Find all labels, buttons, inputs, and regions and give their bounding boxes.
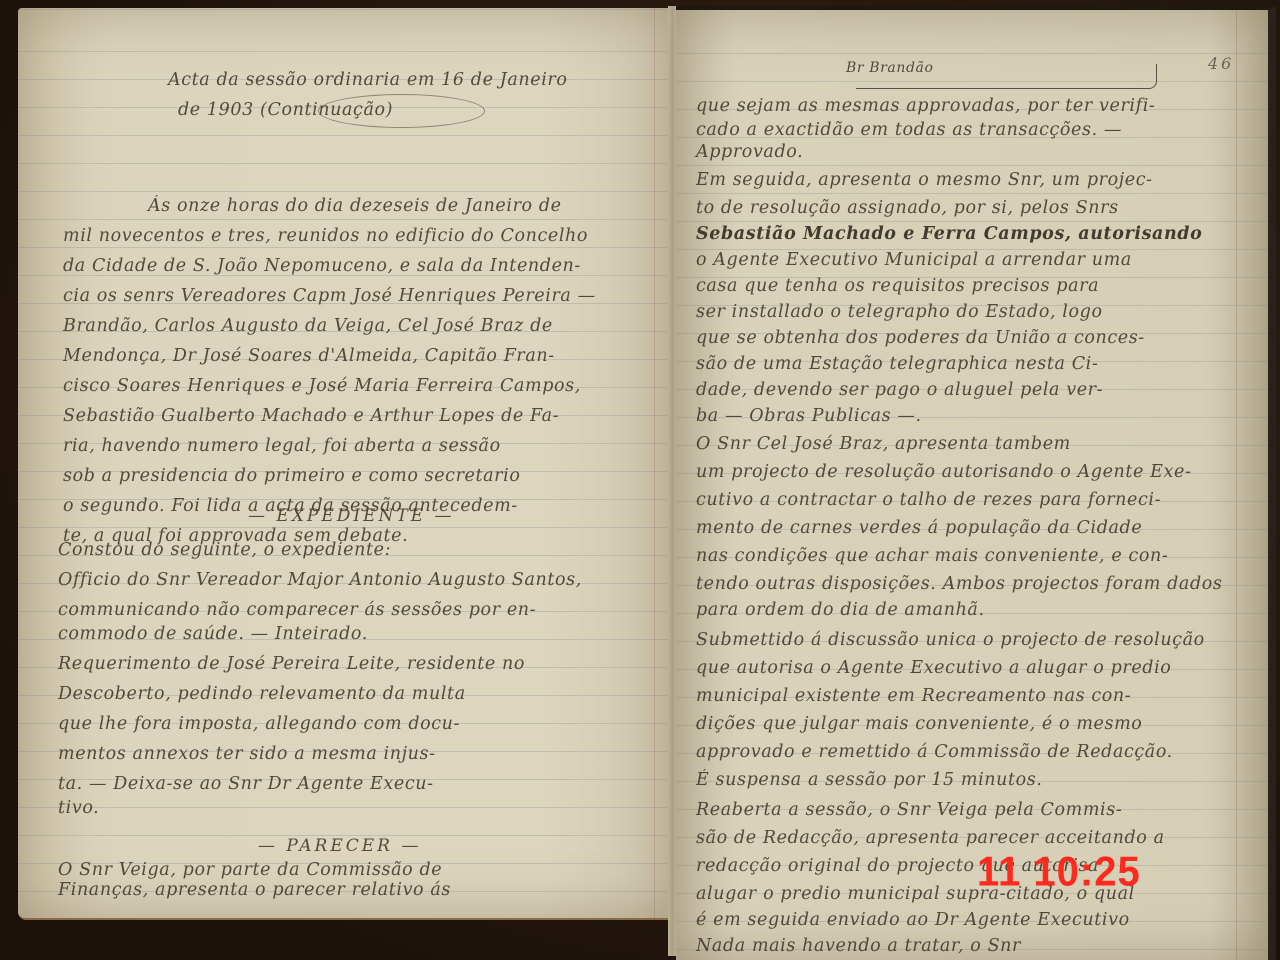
text-line: Nada mais havendo a tratar, o Snr [696, 936, 1021, 956]
text-line: Submettido á discussão unica o projecto … [696, 630, 1205, 650]
text-line: cisco Soares Henriques e José Maria Ferr… [63, 376, 581, 396]
text-line: approvado e remettido á Commissão de Red… [696, 742, 1173, 762]
text-line: Sebastião Gualberto Machado e Arthur Lop… [63, 406, 559, 426]
text-line: ser installado o telegrapho do Estado, l… [696, 302, 1103, 322]
continuation-oval [318, 94, 485, 128]
section-heading-expediente: — EXPEDIENTE — [248, 506, 455, 526]
text-line: communicando não comparecer ás sessões p… [58, 600, 536, 620]
right-margin-line [1236, 10, 1237, 960]
text-line: sob a presidencia do primeiro e como sec… [63, 466, 520, 486]
right-margin-line [654, 8, 655, 918]
text-line: Requerimento de José Pereira Leite, resi… [58, 654, 525, 674]
text-line: Constou do seguinte, o expediente: [58, 540, 391, 560]
left-page: Acta da sessão ordinaria em 16 de Janeir… [18, 8, 672, 920]
text-line: commodo de saúde. — Inteirado. [58, 624, 368, 644]
text-line: é em seguida enviado ao Dr Agente Execut… [696, 910, 1130, 930]
text-line: que sejam as mesmas approvadas, por ter … [696, 96, 1155, 116]
text-line: to de resolução assignado, por si, pelos… [696, 198, 1119, 218]
text-line: cutivo a contractar o talho de rezes par… [696, 490, 1161, 510]
minutes-title-line-1: Acta da sessão ordinaria em 16 de Janeir… [168, 70, 568, 90]
text-line: Finanças, apresenta o parecer relativo á… [58, 880, 451, 900]
text-line: É suspensa a sessão por 15 minutos. [696, 770, 1043, 790]
text-line: da Cidade de S. João Nepomuceno, e sala … [63, 256, 581, 276]
text-line: casa que tenha os requisitos precisos pa… [696, 276, 1099, 296]
text-line: são de uma Estação telegraphica nesta Ci… [696, 354, 1098, 374]
text-line: mentos annexos ter sido a mesma injus- [58, 744, 436, 764]
text-line: O Snr Veiga, por parte da Commissão de [58, 860, 442, 880]
text-line: mil novecentos e tres, reunidos no edifi… [63, 226, 588, 246]
text-line: municipal existente em Recreamento nas c… [696, 686, 1131, 706]
page-number: 46 [1208, 54, 1234, 73]
text-line: um projecto de resolução autorisando o A… [696, 462, 1191, 482]
section-heading-parecer: — PARECER — [258, 836, 421, 856]
text-line: o Agente Executivo Municipal a arrendar … [696, 250, 1132, 270]
text-line: cado a exactidão em todas as transacções… [696, 120, 1122, 140]
annotation-bracket [856, 64, 1157, 89]
text-line: são de Redacção, apresenta parecer accei… [696, 828, 1165, 848]
text-line: Officio do Snr Vereador Major Antonio Au… [58, 570, 582, 590]
text-line: Em seguida, apresenta o mesmo Snr, um pr… [696, 170, 1153, 190]
text-line: tendo outras disposições. Ambos projecto… [696, 574, 1222, 594]
ledger-photo: Acta da sessão ordinaria em 16 de Janeir… [0, 0, 1280, 960]
text-line: O Snr Cel José Braz, apresenta tambem [696, 434, 1071, 454]
text-line: nas condições que achar mais conveniente… [696, 546, 1168, 566]
text-line: ta. — Deixa-se ao Snr Dr Agente Execu- [58, 774, 434, 794]
right-page: Br Brandão 46 que sejam as mesmas approv… [676, 6, 1276, 960]
text-line: mento de carnes verdes á população da Ci… [696, 518, 1142, 538]
text-line: Approvado. [696, 142, 803, 162]
text-line: que lhe fora imposta, allegando com docu… [58, 714, 460, 734]
text-line: ria, havendo numero legal, foi aberta a … [63, 436, 501, 456]
text-line: Ás onze horas do dia dezeseis de Janeiro… [148, 196, 562, 216]
text-line: Brandão, Carlos Augusto da Veiga, Cel Jo… [63, 316, 553, 336]
text-line: para ordem do dia de amanhã. [696, 600, 985, 620]
camera-timestamp: 11 10:25 [977, 849, 1141, 896]
text-line: cia os senrs Vereadores Capm José Henriq… [63, 286, 596, 306]
text-line: Sebastião Machado e Ferra Campos, autori… [696, 224, 1202, 244]
text-line: Mendonça, Dr José Soares d'Almeida, Capi… [63, 346, 555, 366]
text-line: tivo. [58, 798, 99, 818]
text-line: Descoberto, pedindo relevamento da multa [58, 684, 466, 704]
text-line: que se obtenha dos poderes da União a co… [696, 328, 1145, 348]
text-line: ba — Obras Publicas —. [696, 406, 922, 426]
text-line: dições que julgar mais conveniente, é o … [696, 714, 1142, 734]
text-line: dade, devendo ser pago o aluguel pela ve… [696, 380, 1103, 400]
text-line: Reaberta a sessão, o Snr Veiga pela Comm… [696, 800, 1122, 820]
text-line: que autorisa o Agente Executivo a alugar… [696, 658, 1171, 678]
